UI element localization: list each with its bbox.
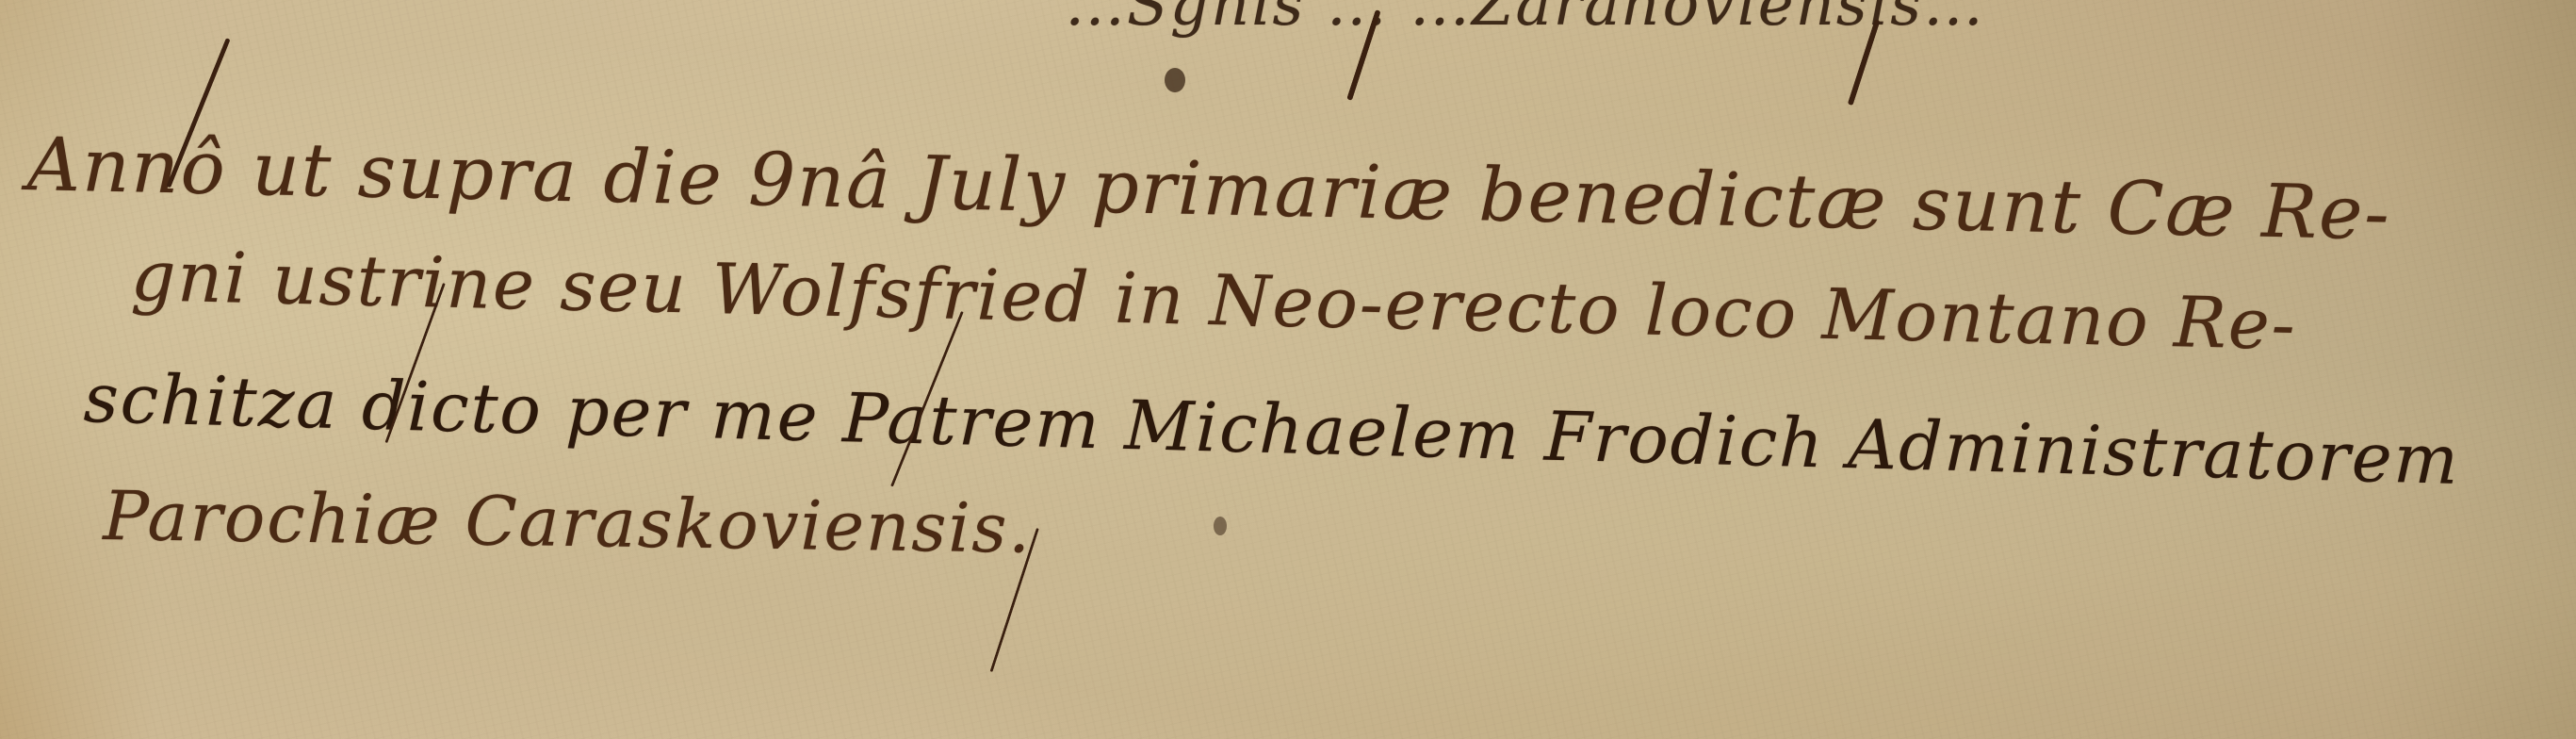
ink-blot [1214, 517, 1227, 535]
ink-blot [1165, 68, 1185, 92]
top-fragment-text: …Sgnis … …Zarahoviensis… [1065, 0, 1985, 40]
manuscript-line-4: Parochiæ Caraskoviensis. [103, 476, 1033, 568]
